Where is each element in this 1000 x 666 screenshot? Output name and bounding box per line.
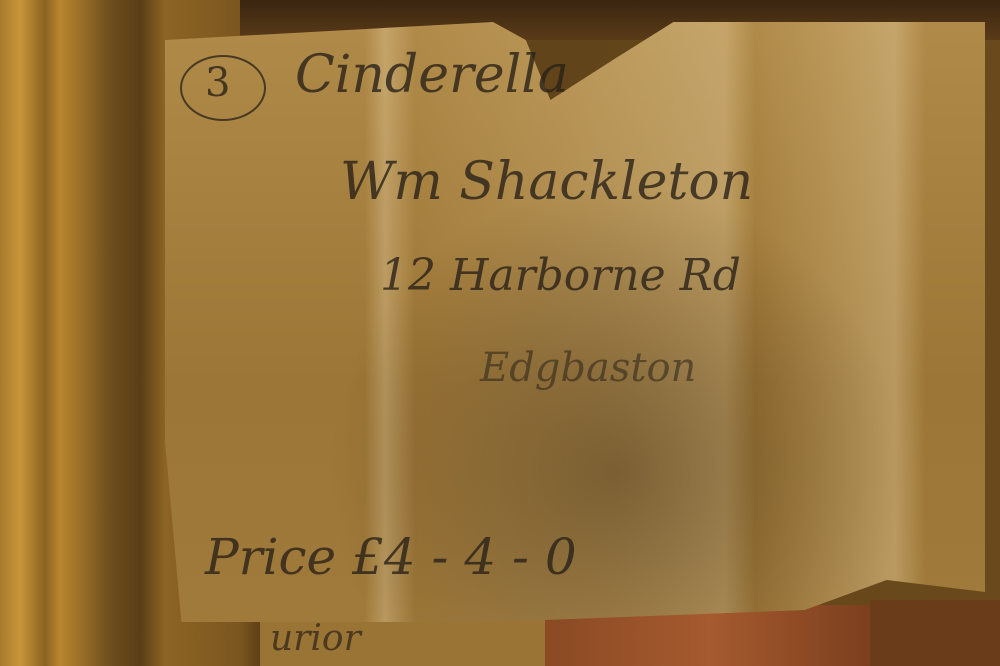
owner-name: Wm Shackleton [340,152,753,212]
dark-wood-edge [870,600,1000,666]
label-title: Cinderella [295,45,569,105]
label-number: 3 [205,60,230,106]
fragment-text: urior [270,618,361,659]
price-line: Price £4 - 4 - 0 [205,528,577,586]
address-line: 12 Harborne Rd [380,250,741,301]
locality-line: Edgbaston [480,345,696,391]
